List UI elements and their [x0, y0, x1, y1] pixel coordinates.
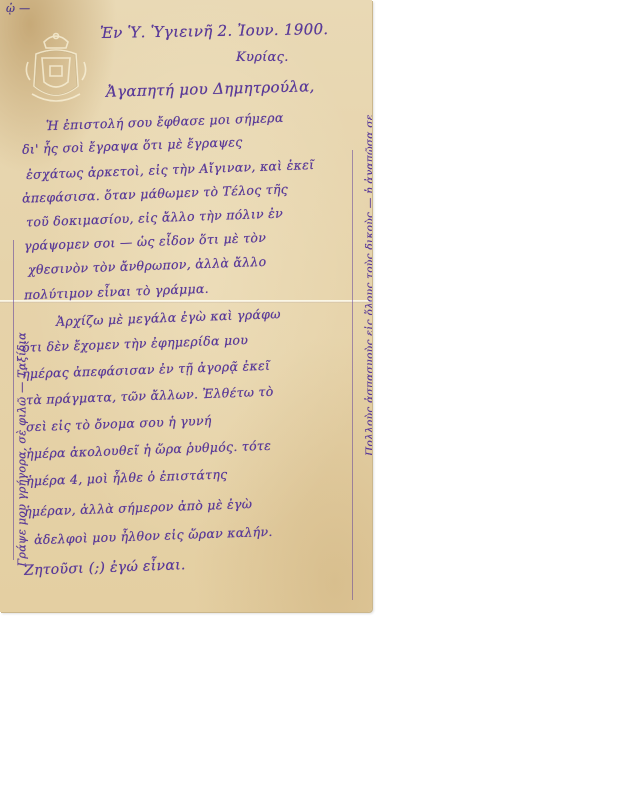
body-line: Ζητοῦσι (;) ἐγώ εἶναι.	[24, 557, 186, 579]
body-line: Ἀρχίζω μὲ μεγάλα ἐγὼ καὶ γράφω	[56, 306, 281, 329]
embossed-crest-icon	[22, 28, 90, 108]
body-line: ὅτι δὲν ἔχομεν τὴν ἐφημερίδα μου	[22, 332, 249, 355]
body-line: ἡμέρα 4, μοὶ ἦλθε ὁ ἐπιστάτης	[26, 466, 228, 488]
body-line: ἡμέραν, ἀλλὰ σήμερον ἀπὸ μὲ ἐγὼ	[24, 496, 253, 519]
body-line: ἡμέρας ἀπεφάσισαν ἐν τῇ ἀγορᾷ ἐκεῖ	[22, 358, 271, 382]
margin-note-right: Πολλοὺς ἀσπασμοὺς εἰς ὅλους τοὺς δικοὺς …	[364, 156, 372, 456]
body-line: τοῦ δοκιμασίου, εἰς ἄλλο τὴν πόλιν ἐν	[26, 206, 283, 230]
body-line: δι' ἧς σοὶ ἔγραψα ὅτι μὲ ἔγραψες	[22, 134, 243, 157]
margin-rule-left	[13, 240, 14, 560]
letter-salutation: Ἀγαπητή μου Δημητρούλα,	[106, 77, 315, 100]
letter-paper: ᾠ — Ἐν Ὑ. Ὑγιεινῆ 2. Ἰουν. 1900. Κυρίας.…	[0, 0, 372, 612]
body-line: ἡμέρα ἀκολουθεῖ ἡ ὥρα ῥυθμός. τότε	[26, 438, 272, 462]
body-line: χθεσινὸν τὸν ἄνθρωπον, ἀλλὰ ἄλλο	[28, 254, 267, 277]
body-line: γράψομεν σοι — ὡς εἶδον ὅτι μὲ τὸν	[24, 230, 267, 253]
body-line: τὰ πράγματα, τῶν ἄλλων. Ἐλθέτω τὸ	[26, 384, 274, 408]
body-line: ἀπεφάσισα. ὅταν μάθωμεν τὸ Τέλος τῆς	[22, 181, 289, 205]
body-line: σεὶ εἰς τὸ ὄνομα σου ἡ γυνή	[26, 413, 212, 434]
body-line: πολύτιμον εἶναι τὸ γράμμα.	[24, 281, 209, 302]
letter-place-line: Κυρίας.	[236, 50, 289, 65]
letter-date-line: Ἐν Ὑ. Ὑγιεινῆ 2. Ἰουν. 1900.	[100, 20, 329, 42]
body-line: ἀδελφοὶ μου ἦλθον εἰς ὥραν καλήν.	[34, 524, 273, 547]
margin-note-left: Γράψε μου γρήγορα, σὲ φιλῶ — Ταξίδια	[16, 287, 29, 567]
body-line: Ἡ ἐπιστολή σου ἔφθασε μοι σήμερα	[46, 110, 284, 133]
corner-mark: ᾠ —	[6, 2, 30, 15]
page: ᾠ — Ἐν Ὑ. Ὑγιεινῆ 2. Ἰουν. 1900. Κυρίας.…	[0, 0, 618, 800]
body-line: ἐσχάτως ἀρκετοὶ, εἰς τὴν Αἴγιναν, καὶ ἐκ…	[26, 157, 315, 182]
margin-rule-right	[352, 150, 353, 600]
